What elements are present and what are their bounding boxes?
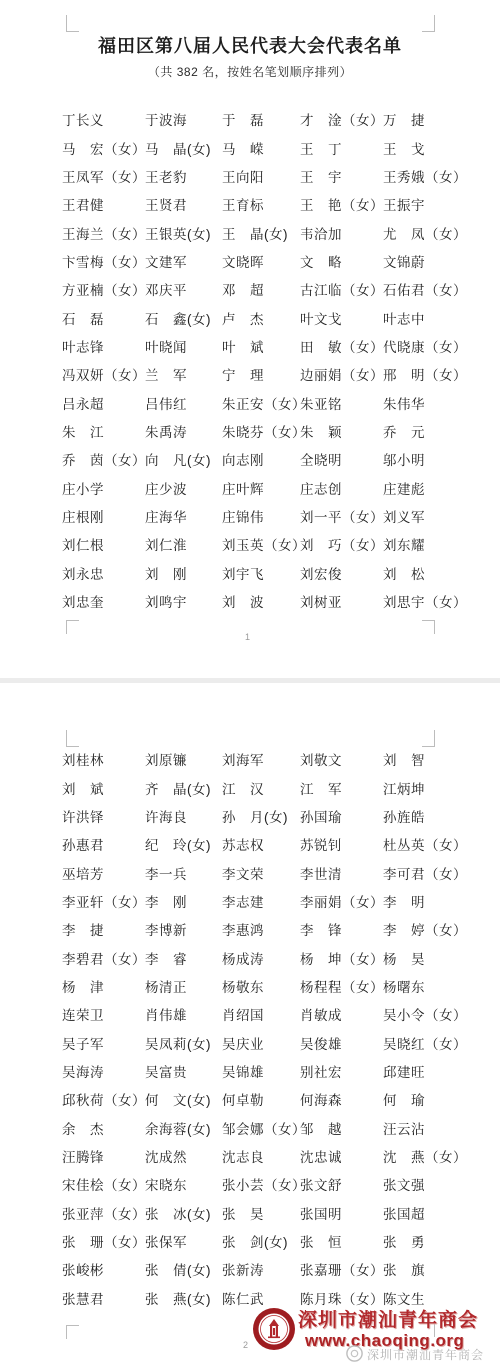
name-cell: 李 刚 bbox=[145, 891, 222, 911]
name-cell: 丁长义 bbox=[62, 109, 145, 129]
name-cell: 文锦蔚 bbox=[383, 251, 492, 271]
name-cell: 卞雪梅（女） bbox=[62, 251, 145, 271]
name-cell: 庄小学 bbox=[62, 478, 145, 498]
name-cell: 邱秋荷（女） bbox=[62, 1089, 145, 1109]
name-cell: 文晓晖 bbox=[222, 251, 300, 271]
name-cell: 叶志中 bbox=[383, 308, 492, 328]
name-cell: 宋晓东 bbox=[145, 1174, 222, 1194]
page-1: 福田区第八届人民代表大会代表名单 （共 382 名，按姓名笔划顺序排列） 丁长义… bbox=[0, 0, 500, 678]
name-cell: 马 宏（女） bbox=[62, 138, 145, 158]
name-cell: 刘永忠 bbox=[62, 563, 145, 583]
name-cell: 卢 杰 bbox=[222, 308, 300, 328]
name-cell: 李亚轩（女） bbox=[62, 891, 145, 911]
name-cell: 刘义军 bbox=[383, 506, 492, 526]
name-cell: 边丽娟（女） bbox=[300, 364, 383, 384]
name-cell: 张 倩(女) bbox=[145, 1259, 222, 1279]
name-cell: 冯双妍（女） bbox=[62, 364, 145, 384]
name-cell: 肖绍国 bbox=[222, 1004, 300, 1024]
document-viewer: 福田区第八届人民代表大会代表名单 （共 382 名，按姓名笔划顺序排列） 丁长义… bbox=[0, 0, 500, 1372]
name-cell: 齐 晶(女) bbox=[145, 778, 222, 798]
name-cell: 杨 坤（女） bbox=[300, 948, 383, 968]
name-cell: 余 杰 bbox=[62, 1118, 145, 1138]
name-cell: 吴庆业 bbox=[222, 1033, 300, 1053]
name-cell: 苏志权 bbox=[222, 834, 300, 854]
watermark-gray-seal-icon bbox=[346, 1345, 363, 1362]
name-cell: 邓庆平 bbox=[145, 279, 222, 299]
name-cell: 杨程程（女） bbox=[300, 976, 383, 996]
name-cell: 宁 理 bbox=[222, 364, 300, 384]
name-grid-page-2: 刘桂林刘原镰刘海军刘敬文刘 智刘 斌齐 晶(女)江 汉江 军江炳坤许洪铎许海良孙… bbox=[62, 745, 492, 1312]
name-cell: 孙国瑜 bbox=[300, 806, 383, 826]
name-cell: 李 锋 bbox=[300, 919, 383, 939]
name-cell: 向 凡(女) bbox=[145, 449, 222, 469]
name-cell: 叶文戈 bbox=[300, 308, 383, 328]
name-cell: 刘海军 bbox=[222, 749, 300, 769]
name-cell: 陈仁武 bbox=[222, 1288, 300, 1308]
name-cell: 于 磊 bbox=[222, 109, 300, 129]
name-cell: 吴小令（女） bbox=[383, 1004, 492, 1024]
name-cell: 吴晓红（女） bbox=[383, 1033, 492, 1053]
name-cell: 尤 凤（女） bbox=[383, 223, 492, 243]
name-cell: 吕永超 bbox=[62, 393, 145, 413]
name-cell: 刘忠奎 bbox=[62, 591, 145, 611]
name-cell: 刘东耀 bbox=[383, 534, 492, 554]
crop-mark-top-right bbox=[422, 15, 435, 32]
name-cell: 张慧君 bbox=[62, 1288, 145, 1308]
name-cell: 肖伟雄 bbox=[145, 1004, 222, 1024]
name-cell: 张文舒 bbox=[300, 1174, 383, 1194]
name-cell: 朱亚铭 bbox=[300, 393, 383, 413]
name-cell: 张 珊（女） bbox=[62, 1231, 145, 1251]
name-cell: 何 文(女) bbox=[145, 1089, 222, 1109]
crop-mark-bottom-left bbox=[66, 620, 79, 634]
name-cell: 王银英(女) bbox=[145, 223, 222, 243]
name-cell: 叶志锋 bbox=[62, 336, 145, 356]
name-cell: 王 艳（女） bbox=[300, 194, 383, 214]
page-number-1: 1 bbox=[245, 632, 250, 642]
name-cell: 王凤军（女） bbox=[62, 166, 145, 186]
name-cell: 邢 明（女） bbox=[383, 364, 492, 384]
name-cell: 朱 江 bbox=[62, 421, 145, 441]
name-cell: 张 燕(女) bbox=[145, 1288, 222, 1308]
name-cell: 刘一平（女） bbox=[300, 506, 383, 526]
name-cell: 吴锦雄 bbox=[222, 1061, 300, 1081]
name-cell: 庄海华 bbox=[145, 506, 222, 526]
name-cell: 张 冰(女) bbox=[145, 1203, 222, 1223]
name-cell: 李 婷（女） bbox=[383, 919, 492, 939]
name-cell: 张保军 bbox=[145, 1231, 222, 1251]
name-cell: 刘 松 bbox=[383, 563, 492, 583]
name-cell: 邬小明 bbox=[383, 449, 492, 469]
name-cell: 邹会娜（女） bbox=[222, 1118, 300, 1138]
name-cell: 杨敬东 bbox=[222, 976, 300, 996]
name-cell: 王 丁 bbox=[300, 138, 383, 158]
name-cell: 庄锦伟 bbox=[222, 506, 300, 526]
name-cell: 李 睿 bbox=[145, 948, 222, 968]
name-cell: 刘原镰 bbox=[145, 749, 222, 769]
name-cell: 刘宇飞 bbox=[222, 563, 300, 583]
name-cell: 张 旗 bbox=[383, 1259, 492, 1279]
name-cell: 刘仁淮 bbox=[145, 534, 222, 554]
page-subtitle: （共 382 名，按姓名笔划顺序排列） bbox=[0, 63, 500, 80]
name-cell: 张嘉珊（女） bbox=[300, 1259, 383, 1279]
name-cell: 文 略 bbox=[300, 251, 383, 271]
name-cell: 孙 月(女) bbox=[222, 806, 300, 826]
name-cell: 方亚楠（女） bbox=[62, 279, 145, 299]
name-cell: 庄少波 bbox=[145, 478, 222, 498]
name-cell: 朱正安（女） bbox=[222, 393, 300, 413]
name-cell: 吴子军 bbox=[62, 1033, 145, 1053]
name-cell: 刘树亚 bbox=[300, 591, 383, 611]
name-cell: 兰 军 bbox=[145, 364, 222, 384]
name-cell: 张亚萍（女） bbox=[62, 1203, 145, 1223]
name-cell: 宋佳桧（女） bbox=[62, 1174, 145, 1194]
name-cell: 吕伟红 bbox=[145, 393, 222, 413]
name-cell: 邹 越 bbox=[300, 1118, 383, 1138]
name-cell: 向志刚 bbox=[222, 449, 300, 469]
name-cell: 吴俊雄 bbox=[300, 1033, 383, 1053]
name-cell: 石佑君（女） bbox=[383, 279, 492, 299]
name-cell: 李志建 bbox=[222, 891, 300, 911]
name-cell: 张 勇 bbox=[383, 1231, 492, 1251]
name-cell: 张 昊 bbox=[222, 1203, 300, 1223]
name-cell: 刘敬文 bbox=[300, 749, 383, 769]
name-cell: 沈忠诚 bbox=[300, 1146, 383, 1166]
name-cell: 李丽娟（女） bbox=[300, 891, 383, 911]
name-cell: 庄建彪 bbox=[383, 478, 492, 498]
name-cell: 张文强 bbox=[383, 1174, 492, 1194]
name-cell: 李可君（女） bbox=[383, 863, 492, 883]
name-cell: 张小芸（女） bbox=[222, 1174, 300, 1194]
name-cell: 刘 波 bbox=[222, 591, 300, 611]
name-cell: 李博新 bbox=[145, 919, 222, 939]
name-cell: 孙旌皓 bbox=[383, 806, 492, 826]
page-number-2: 2 bbox=[243, 1340, 248, 1350]
name-cell: 王老豹 bbox=[145, 166, 222, 186]
name-cell: 全晓明 bbox=[300, 449, 383, 469]
name-cell: 汪云沾 bbox=[383, 1118, 492, 1138]
name-cell: 刘仁根 bbox=[62, 534, 145, 554]
name-cell: 江 军 bbox=[300, 778, 383, 798]
name-cell: 何卓勒 bbox=[222, 1089, 300, 1109]
name-cell: 苏锐钊 bbox=[300, 834, 383, 854]
name-grid-page-1: 丁长义于波海于 磊才 淦（女）万 捷马 宏（女）马 晶(女)马 嵘王 丁王 戈王… bbox=[62, 105, 492, 615]
crop-mark-bottom-right bbox=[422, 620, 435, 634]
watermark-gray-text: 深圳市潮汕青年商会 bbox=[367, 1346, 484, 1363]
name-cell: 刘 刚 bbox=[145, 563, 222, 583]
name-cell: 李碧君（女） bbox=[62, 948, 145, 968]
name-cell: 刘 斌 bbox=[62, 778, 145, 798]
name-cell: 沈 燕（女） bbox=[383, 1146, 492, 1166]
name-cell: 刘宏俊 bbox=[300, 563, 383, 583]
name-cell: 杨 昊 bbox=[383, 948, 492, 968]
name-cell: 李世清 bbox=[300, 863, 383, 883]
name-cell: 吴海涛 bbox=[62, 1061, 145, 1081]
name-cell: 张新涛 bbox=[222, 1259, 300, 1279]
name-cell: 巫培芳 bbox=[62, 863, 145, 883]
name-cell: 朱伟华 bbox=[383, 393, 492, 413]
name-cell: 杨成涛 bbox=[222, 948, 300, 968]
name-cell: 石 鑫(女) bbox=[145, 308, 222, 328]
page-title: 福田区第八届人民代表大会代表名单 bbox=[0, 32, 500, 58]
name-cell: 杨清正 bbox=[145, 976, 222, 996]
name-cell: 沈志良 bbox=[222, 1146, 300, 1166]
name-cell: 马 嵘 bbox=[222, 138, 300, 158]
name-cell: 张 剑(女) bbox=[222, 1231, 300, 1251]
name-cell: 李一兵 bbox=[145, 863, 222, 883]
name-cell: 肖敏成 bbox=[300, 1004, 383, 1024]
name-cell: 韦洽加 bbox=[300, 223, 383, 243]
name-cell: 江 汉 bbox=[222, 778, 300, 798]
watermark-org-name: 深圳市潮汕青年商会 bbox=[298, 1305, 478, 1332]
name-cell: 杨 津 bbox=[62, 976, 145, 996]
name-cell: 纪 玲(女) bbox=[145, 834, 222, 854]
name-cell: 杨曙东 bbox=[383, 976, 492, 996]
name-cell: 刘思宇（女） bbox=[383, 591, 492, 611]
name-cell: 张国明 bbox=[300, 1203, 383, 1223]
name-cell: 邓 超 bbox=[222, 279, 300, 299]
name-cell: 庄根刚 bbox=[62, 506, 145, 526]
name-cell: 代晓康（女） bbox=[383, 336, 492, 356]
name-cell: 李 捷 bbox=[62, 919, 145, 939]
name-cell: 文建军 bbox=[145, 251, 222, 271]
name-cell: 王 宇 bbox=[300, 166, 383, 186]
name-cell: 叶晓闻 bbox=[145, 336, 222, 356]
name-cell: 刘 巧（女） bbox=[300, 534, 383, 554]
name-cell: 江炳坤 bbox=[383, 778, 492, 798]
name-cell: 张国超 bbox=[383, 1203, 492, 1223]
name-cell: 王贤君 bbox=[145, 194, 222, 214]
name-cell: 王秀娥（女） bbox=[383, 166, 492, 186]
name-cell: 何 瑜 bbox=[383, 1089, 492, 1109]
name-cell: 别社宏 bbox=[300, 1061, 383, 1081]
name-cell: 李文荣 bbox=[222, 863, 300, 883]
name-cell: 王 晶(女) bbox=[222, 223, 300, 243]
page-2: 刘桂林刘原镰刘海军刘敬文刘 智刘 斌齐 晶(女)江 汉江 军江炳坤许洪铎许海良孙… bbox=[0, 683, 500, 1372]
chamber-seal-icon bbox=[252, 1307, 296, 1351]
name-cell: 孙惠君 bbox=[62, 834, 145, 854]
name-cell: 许洪铎 bbox=[62, 806, 145, 826]
name-cell: 朱禹涛 bbox=[145, 421, 222, 441]
name-cell: 张峻彬 bbox=[62, 1259, 145, 1279]
name-cell: 刘桂林 bbox=[62, 749, 145, 769]
name-cell: 庄叶辉 bbox=[222, 478, 300, 498]
name-cell: 乔 茵（女） bbox=[62, 449, 145, 469]
name-cell: 乔 元 bbox=[383, 421, 492, 441]
name-cell: 庄志创 bbox=[300, 478, 383, 498]
name-cell: 王向阳 bbox=[222, 166, 300, 186]
name-cell: 吴凤莉(女) bbox=[145, 1033, 222, 1053]
name-cell: 李惠鸿 bbox=[222, 919, 300, 939]
name-cell: 许海良 bbox=[145, 806, 222, 826]
name-cell: 于波海 bbox=[145, 109, 222, 129]
name-cell: 王育标 bbox=[222, 194, 300, 214]
name-cell: 田 敏（女） bbox=[300, 336, 383, 356]
name-cell: 刘鸣宇 bbox=[145, 591, 222, 611]
name-cell: 叶 斌 bbox=[222, 336, 300, 356]
name-cell: 杜丛英（女） bbox=[383, 834, 492, 854]
name-cell: 何海森 bbox=[300, 1089, 383, 1109]
name-cell: 才 淦（女） bbox=[300, 109, 383, 129]
name-cell: 刘玉英（女） bbox=[222, 534, 300, 554]
name-cell: 连荣卫 bbox=[62, 1004, 145, 1024]
name-cell: 刘 智 bbox=[383, 749, 492, 769]
name-cell: 吴富贵 bbox=[145, 1061, 222, 1081]
name-cell: 朱晓芬（女） bbox=[222, 421, 300, 441]
name-cell: 王海兰（女） bbox=[62, 223, 145, 243]
name-cell: 汪腾锋 bbox=[62, 1146, 145, 1166]
name-cell: 王振宇 bbox=[383, 194, 492, 214]
name-cell: 朱 颖 bbox=[300, 421, 383, 441]
crop-mark-bottom-left bbox=[66, 1325, 79, 1339]
name-cell: 余海蓉(女) bbox=[145, 1118, 222, 1138]
name-cell: 马 晶(女) bbox=[145, 138, 222, 158]
name-cell: 沈成然 bbox=[145, 1146, 222, 1166]
name-cell: 王 戈 bbox=[383, 138, 492, 158]
name-cell: 王君健 bbox=[62, 194, 145, 214]
name-cell: 李 明 bbox=[383, 891, 492, 911]
crop-mark-top-left bbox=[66, 15, 79, 32]
name-cell: 万 捷 bbox=[383, 109, 492, 129]
name-cell: 张 恒 bbox=[300, 1231, 383, 1251]
name-cell: 石 磊 bbox=[62, 308, 145, 328]
name-cell: 古江临（女） bbox=[300, 279, 383, 299]
name-cell: 邱建旺 bbox=[383, 1061, 492, 1081]
